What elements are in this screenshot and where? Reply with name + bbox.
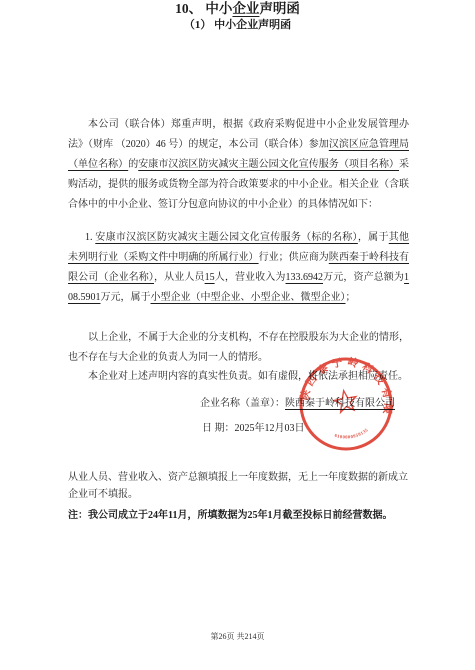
company-seal: 陕西秦于岭科技有限公司 6100000950135	[290, 348, 401, 459]
text-segment: 安康市汉滨区防灾减灾主题公园文化宣传服务（标的名称）	[95, 232, 358, 243]
text-segment: （1） 中小企业声明函	[184, 19, 291, 31]
paragraph-item-1: 1. 安康市汉滨区防灾减灾主题公园文化宣传服务（标的名称），属于其他未列明行业（…	[68, 228, 409, 308]
text-segment: 15	[205, 272, 215, 283]
note-founding-data: 注：我公司成立于24年11月，所填数据为25年1月截至投标日前经营数据。	[68, 508, 409, 524]
svg-text:6100000950135: 6100000950135	[333, 427, 370, 443]
text-segment: ，属于	[358, 232, 389, 243]
text-segment: 安康市汉滨区防灾减灾主题公园文化宣传服务（项目名称）	[138, 159, 399, 170]
seal-serial-text: 6100000950135	[333, 427, 370, 443]
text-segment: 万元，属于	[101, 292, 151, 303]
document-page: 10、 中小企业声明函 （1） 中小企业声明函 本公司（联合体）郑重声明，根据《…	[0, 0, 475, 670]
text-segment: 行业；供应商为	[259, 252, 329, 263]
text-segment: ；	[346, 292, 356, 303]
text-segment: 的	[128, 159, 138, 170]
text-segment: 企业名称（盖章）：	[200, 398, 285, 409]
section-subtitle: （1） 中小企业声明函	[0, 18, 475, 33]
seal-star-icon	[333, 389, 358, 413]
text-segment: 万元，资产总额为	[323, 272, 404, 283]
text-segment: 133.6942	[286, 272, 324, 283]
page-footer: 第26页 共214页	[0, 632, 475, 642]
text-segment: 注：我公司成立于24年11月，所填数据为25年1月截至投标日前经营数据。	[68, 510, 392, 521]
text-segment: 人，营业收入为	[215, 272, 286, 283]
text-segment: 1.	[85, 232, 95, 243]
note-fill-instruction: 从业人员、营业收入、资产总额填报上一年度数据，无上一年度数据的新成立企业可不填报…	[68, 470, 409, 503]
paragraph-declaration-intro: 本公司（联合体）郑重声明，根据《政府采购促进中小企业发展管理办法》（财库 （20…	[68, 115, 409, 215]
text-segment: 企业	[232, 1, 259, 16]
text-segment: 日 期：2025年12月03日	[202, 423, 305, 434]
text-segment: 10、 中小	[175, 1, 232, 16]
page-title: 10、 中小企业声明函	[0, 0, 475, 18]
text-segment: 从业人员、营业收入、资产总额填报上一年度数据，无上一年度数据的新成立企业可不填报…	[68, 472, 408, 500]
text-segment: 声明函	[259, 1, 300, 16]
text-segment: ，从业人员	[154, 272, 205, 283]
text-segment: 小型企业（中型企业、小型企业、微型企业）	[151, 292, 346, 303]
